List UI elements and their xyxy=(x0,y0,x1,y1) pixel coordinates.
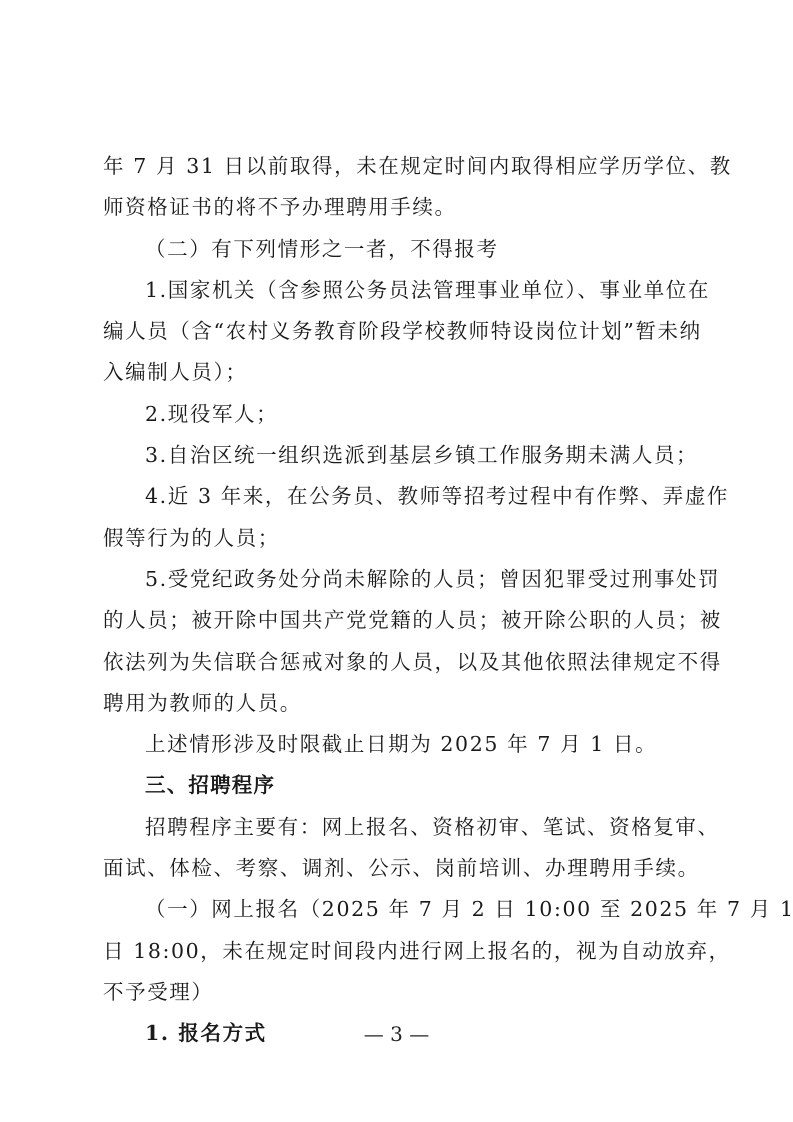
page-number: — 3 — xyxy=(0,1022,793,1046)
body-line: 的人员；被开除中国共产党党籍的人员；被开除公职的人员；被 xyxy=(103,600,693,641)
body-line: 聘用为教师的人员。 xyxy=(103,683,693,724)
body-line: 入编制人员）； xyxy=(103,352,693,393)
list-item-5: 5.受党纪政务处分尚未解除的人员；曾因犯罪受过刑事处罚 xyxy=(103,559,693,600)
body-line: 编人员（含“农村义务教育阶段学校教师特设岗位计划”暂未纳 xyxy=(103,311,693,352)
procedure-summary: 招聘程序主要有：网上报名、资格初审、笔试、资格复审、 xyxy=(103,807,693,848)
document-page: 年 7 月 31 日以前取得，未在规定时间内取得相应学历学位、教 师资格证书的将… xyxy=(103,146,693,1055)
list-item-1: 1.国家机关（含参照公务员法管理事业单位）、事业单位在 xyxy=(103,270,693,311)
body-line: 面试、体检、考察、调剂、公示、岗前培训、办理聘用手续。 xyxy=(103,848,693,889)
registration-subtitle: （一）网上报名（2025 年 7 月 2 日 10:00 至 2025 年 7 … xyxy=(103,889,693,930)
list-item-3: 3.自治区统一组织选派到基层乡镇工作服务期未满人员； xyxy=(103,435,693,476)
list-item-2: 2.现役军人； xyxy=(103,394,693,435)
body-line: 依法列为失信联合惩戒对象的人员，以及其他依照法律规定不得 xyxy=(103,642,693,683)
list-item-4: 4.近 3 年来，在公务员、教师等招考过程中有作弊、弄虚作 xyxy=(103,476,693,517)
body-line: 日 18:00，未在规定时间段内进行网上报名的，视为自动放弃， xyxy=(103,931,693,972)
deadline-note: 上述情形涉及时限截止日期为 2025 年 7 月 1 日。 xyxy=(103,724,693,765)
body-line: 师资格证书的将不予办理聘用手续。 xyxy=(103,187,693,228)
body-line: 不予受理） xyxy=(103,972,693,1013)
body-line: 年 7 月 31 日以前取得，未在规定时间内取得相应学历学位、教 xyxy=(103,146,693,187)
body-line: 假等行为的人员； xyxy=(103,518,693,559)
section-heading: 三、招聘程序 xyxy=(103,765,693,806)
section-subtitle: （二）有下列情形之一者，不得报考 xyxy=(103,229,693,270)
